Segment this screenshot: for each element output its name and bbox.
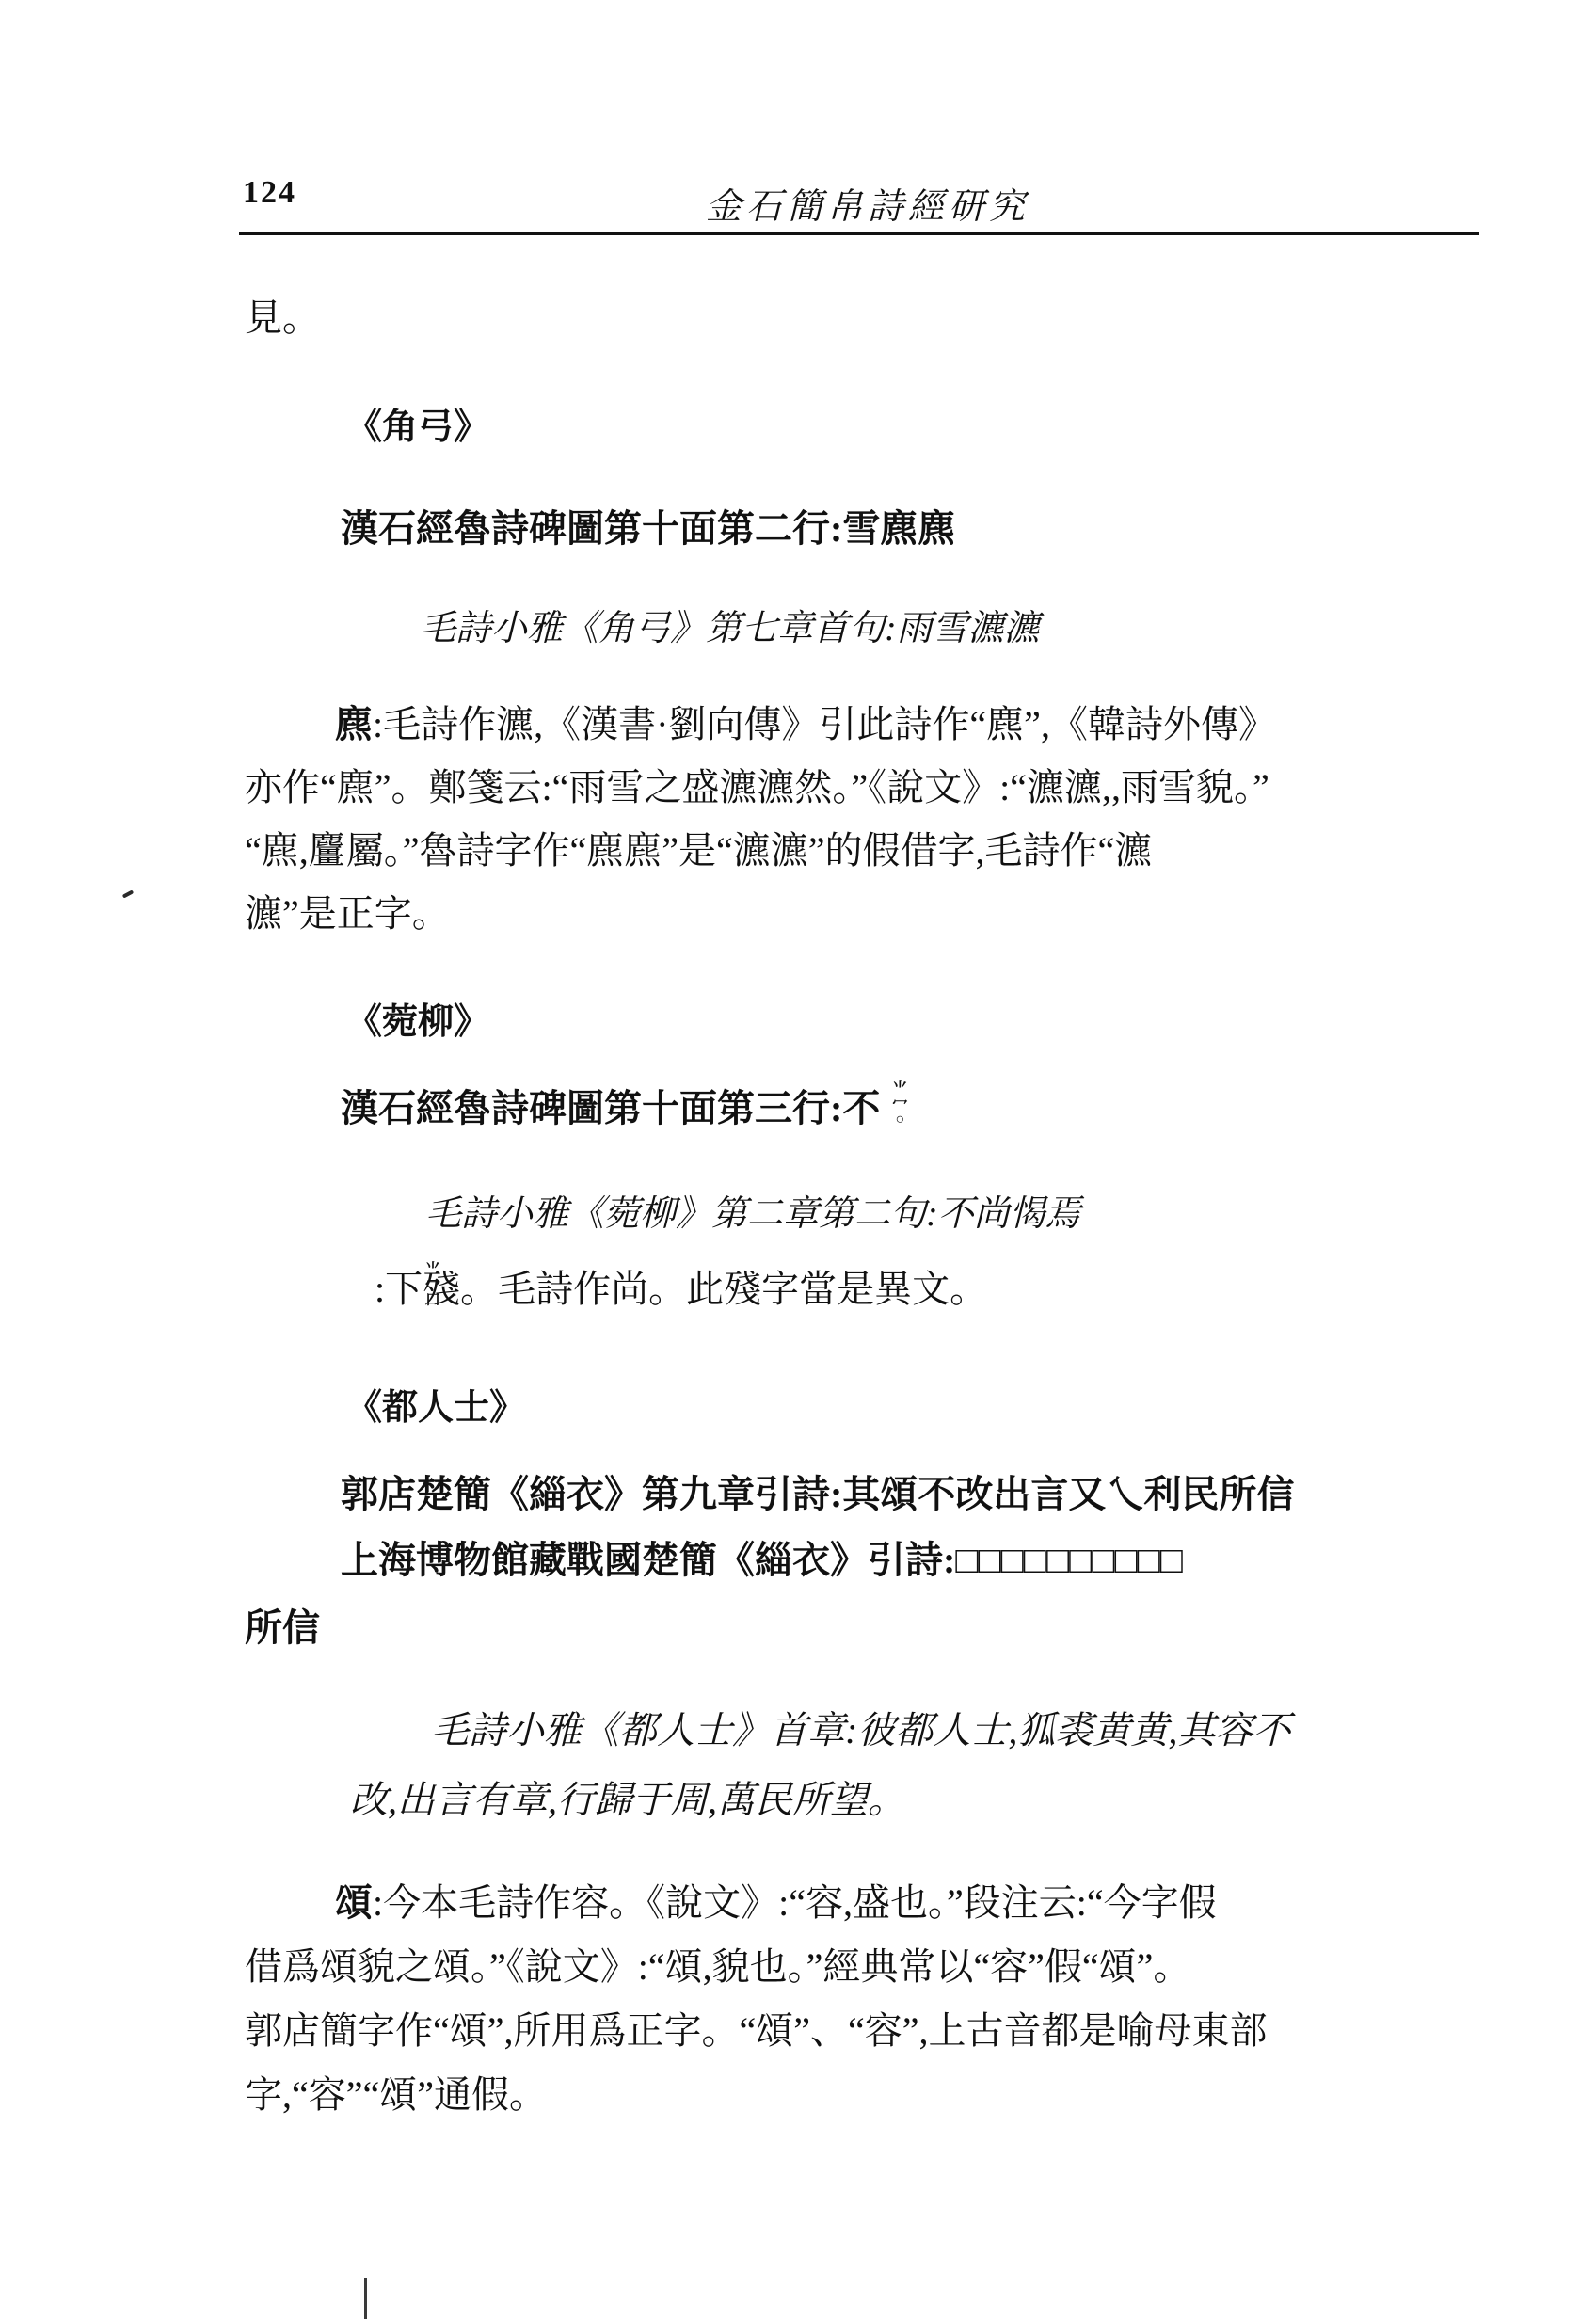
- note-headword: 頌: [335, 1881, 373, 1924]
- remnant-character-headword: ⺌冖口: [335, 1263, 375, 1308]
- note-headword: 麃: [335, 703, 373, 745]
- remnant-mid: 冖: [880, 1097, 919, 1112]
- remnant-top: ⺌: [335, 1263, 375, 1278]
- note-text: :今本毛詩作容。《說文》:“容,盛也。”段注云:“今字假 借爲頌貌之頌。”《說文…: [245, 1881, 1268, 2116]
- stone-classic-source-line: 漢石經魯詩碑圖第十面第二行:雪麃麃: [341, 499, 955, 552]
- note-text: :毛詩作瀌,《漢書·劉向傳》引此詩作“麃”,《韓詩外傳》 亦作“麃”。鄭箋云:“…: [245, 703, 1276, 935]
- bottom-edge-scan-mark: [364, 2278, 367, 2319]
- collation-note: 麃:毛詩作瀌,《漢書·劉向傳》引此詩作“麃”,《韓詩外傳》 亦作“麃”。鄭箋云:…: [245, 693, 1483, 945]
- opening-line: 見。: [245, 288, 320, 342]
- mao-shi-quote-paragraph: 毛詩小雅《都人士》首章:彼都人士,狐裘黄黄,其容不 改,出言有章,行歸于周,萬民…: [350, 1696, 1489, 1835]
- mao-shi-quote-line: 毛詩小雅《角弓》第七章首句:雨雪瀌瀌: [420, 599, 1040, 650]
- remnant-top: ⺌: [880, 1082, 919, 1097]
- page-number: 124: [243, 175, 296, 211]
- collation-note: ⺌冖口:下殘。毛詩作尚。此殘字當是異文。: [245, 1257, 1483, 1320]
- section-title-jiaogong: 《角弓》: [346, 397, 489, 449]
- source-text: 漢石經魯詩碑圖第十面第三行:不: [341, 1087, 880, 1129]
- stone-classic-source-line: 漢石經魯詩碑圖第十面第三行:不⺌冖○: [341, 1079, 919, 1132]
- section-title-wanliu: 《菀柳》: [346, 992, 489, 1044]
- margin-scan-mark: [122, 889, 134, 898]
- header-rule: [239, 232, 1479, 235]
- source-line-continuation: 所信: [245, 1598, 320, 1652]
- remnant-bottom: ○: [880, 1112, 919, 1128]
- shanghai-museum-source-line: 上海博物館藏戰國楚簡《緇衣》引詩:□□□□□□□□□□: [341, 1530, 1183, 1584]
- guodian-slip-source-line: 郭店楚簡《緇衣》第九章引詩:其頌不改出言又乀利民所信: [341, 1464, 1294, 1518]
- running-title: 金石簡帛詩經研究: [706, 177, 1029, 229]
- note-text: :下殘。毛詩作尚。此殘字當是異文。: [375, 1268, 987, 1310]
- section-title-durenshi: 《都人士》: [346, 1378, 525, 1430]
- mao-shi-quote-line: 毛詩小雅《菀柳》第二章第二句:不尚愒焉: [425, 1184, 1081, 1236]
- collation-note: 頌:今本毛詩作容。《說文》:“容,盛也。”段注云:“今字假 借爲頌貌之頌。”《說…: [245, 1871, 1483, 2127]
- scanned-book-page: 124 金石簡帛詩經研究 見。 《角弓》 漢石經魯詩碑圖第十面第二行:雪麃麃 毛…: [0, 0, 1596, 2319]
- remnant-character: ⺌冖○: [880, 1082, 919, 1128]
- remnant-mid: 冖: [335, 1278, 375, 1293]
- remnant-bottom: 口: [335, 1293, 375, 1308]
